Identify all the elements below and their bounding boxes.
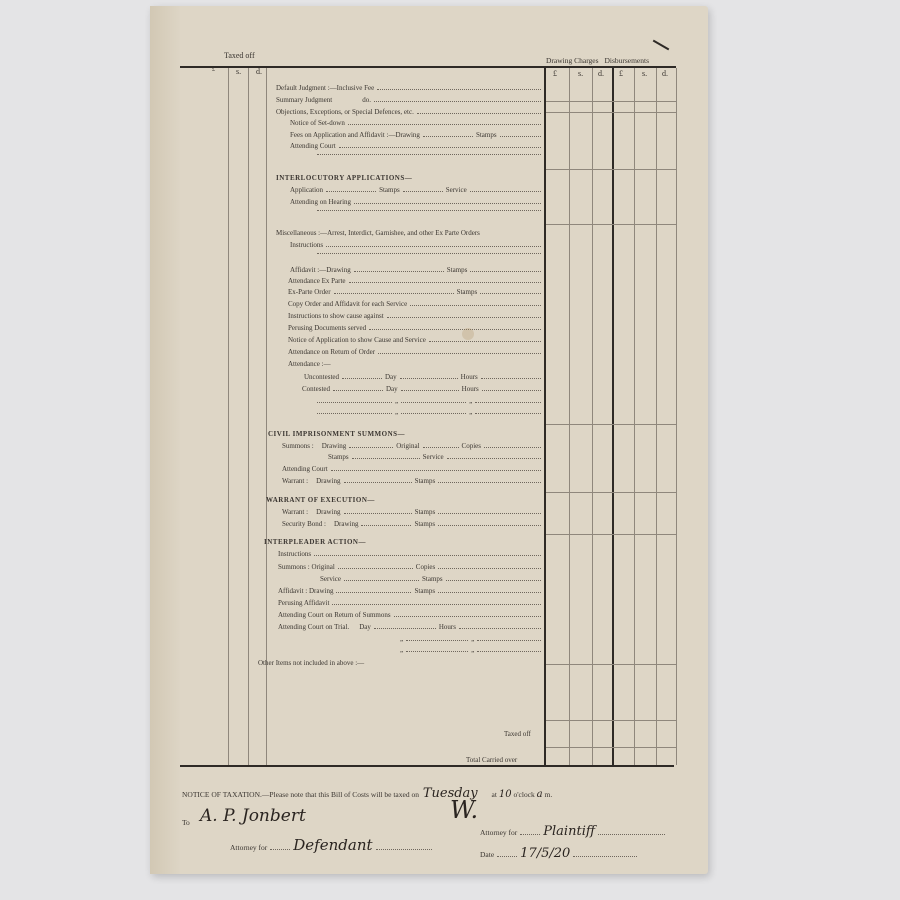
money-tick — [546, 492, 676, 493]
label-hours: Hours — [461, 373, 478, 381]
label-day: Day — [385, 373, 397, 381]
money-tick — [546, 169, 676, 170]
notice-text: NOTICE OF TAXATION.—Please note that thi… — [182, 790, 419, 799]
col-pound-drawing: £ — [553, 69, 557, 78]
header-rule — [180, 66, 676, 68]
item-instructions: Instructions — [290, 241, 323, 249]
ditto-mark: „ — [471, 635, 474, 643]
label-stamps: Stamps — [457, 288, 478, 296]
label-drawing: Drawing — [316, 477, 341, 485]
ditto-mark: „ — [469, 397, 472, 405]
col-pence-left: d. — [256, 67, 262, 76]
date-field: Date 17/5/20 — [480, 846, 640, 861]
col-divider — [592, 68, 593, 765]
col-shillings-drawing: s. — [578, 69, 583, 78]
label-day: Day — [359, 623, 371, 631]
item-default-judgment: Default Judgment :—Inclusive Fee — [276, 84, 374, 92]
ditto-mark: „ — [395, 408, 398, 416]
label-service: Service — [446, 186, 467, 194]
handwritten-am: a — [537, 789, 543, 800]
label-day: Day — [386, 385, 398, 393]
item-instructions-show-cause: Instructions to show cause against — [288, 312, 384, 320]
label-stamps: Stamps — [414, 587, 435, 595]
col-shillings-disb: s. — [642, 69, 647, 78]
item-perusing-affidavit: Perusing Affidavit — [278, 599, 329, 607]
col-divider — [656, 68, 657, 765]
label-stamps: Stamps — [476, 131, 497, 139]
total-carried-over-label: Total Carried over — [466, 756, 517, 764]
handwritten-to-name: A. P. Jonbert — [200, 806, 306, 826]
handwritten-hour: 10 — [499, 789, 512, 800]
section-warrant-execution: WARRANT OF EXECUTION— — [266, 496, 375, 504]
pen-mark — [653, 40, 670, 51]
money-tick — [546, 101, 676, 102]
label-copies: Copies — [462, 442, 481, 450]
item-instructions: Instructions — [278, 550, 311, 558]
ditto-do: do. — [362, 96, 371, 104]
item-application: Application — [290, 186, 323, 194]
item-attending-court: Attending Court — [290, 142, 336, 150]
attorney-for-left: Attorney for Defendant — [230, 836, 435, 854]
section-interpleader: INTERPLEADER ACTION— — [264, 538, 366, 546]
money-tick — [546, 720, 676, 721]
item-attendance-ex-parte: Attendance Ex Parte — [288, 277, 346, 285]
money-col-border — [544, 68, 546, 765]
label-drawing: Drawing — [334, 520, 359, 528]
item-ex-parte-order: Ex-Parte Order — [288, 288, 331, 296]
attorney-for-label: Attorney for — [230, 843, 267, 852]
label-stamps: Stamps — [379, 186, 400, 194]
ditto-mark: „ — [469, 408, 472, 416]
money-tick — [546, 424, 676, 425]
col-divider — [634, 68, 635, 765]
notice-of-taxation: NOTICE OF TAXATION.—Please note that thi… — [182, 786, 552, 801]
label-service: Service — [320, 575, 341, 583]
handwritten-plaintiff: Plaintiff — [543, 824, 595, 839]
label-hours: Hours — [462, 385, 479, 393]
ditto-mark: „ — [400, 635, 403, 643]
label-drawing: Drawing — [322, 442, 347, 450]
item-warrant: Warrant : — [282, 508, 308, 516]
col-divider — [676, 68, 677, 765]
item-attending-hearing: Attending on Hearing — [290, 198, 351, 206]
item-notice-application: Notice of Application to show Cause and … — [288, 336, 426, 344]
item-attendance-return: Attendance on Return of Order — [288, 348, 375, 356]
money-tick — [546, 534, 676, 535]
section-miscellaneous: Miscellaneous :—Arrest, Interdict, Garni… — [276, 229, 480, 237]
item-attendance: Attendance :— — [288, 360, 331, 368]
ditto-mark: „ — [400, 646, 403, 654]
attorney-for-right: Attorney for Plaintiff — [480, 824, 668, 839]
item-summons: Summons : — [282, 442, 314, 450]
stain — [462, 328, 474, 340]
attorney-for-label: Attorney for — [480, 828, 517, 837]
item-attending-return: Attending Court on Return of Summons — [278, 611, 391, 619]
to-label: To — [182, 818, 190, 827]
label-service: Service — [423, 453, 444, 461]
footer-rule — [180, 765, 674, 767]
col-divider — [228, 68, 229, 765]
m-label: m. — [545, 790, 553, 799]
item-warrant: Warrant : — [282, 477, 308, 485]
item-summary-judgment: Summary Judgment — [276, 96, 332, 104]
handwritten-defendant: Defendant — [293, 836, 372, 854]
item-summons-original: Summons : Original — [278, 563, 335, 571]
items-area: Default Judgment :—Inclusive Fee Summary… — [276, 84, 544, 764]
money-tick — [546, 664, 676, 665]
label-drawing: Drawing — [316, 508, 341, 516]
label-hours: Hours — [439, 623, 456, 631]
taxed-off-label: Taxed off — [504, 730, 531, 738]
oclock-label: o'clock — [513, 790, 534, 799]
col-divider — [248, 68, 249, 765]
taxed-off-header: Taxed off — [224, 51, 255, 60]
money-tick — [546, 112, 676, 113]
right-header: Drawing Charges Disbursements — [546, 56, 649, 65]
col-divider — [612, 68, 614, 765]
label-stamps: Stamps — [415, 508, 436, 516]
label-stamps: Stamps — [414, 520, 435, 528]
col-pence-disb: d. — [662, 69, 668, 78]
item-affidavit-drawing: Affidavit : Drawing — [278, 587, 333, 595]
col-divider — [569, 68, 570, 765]
disbursements-header: Disbursements — [604, 56, 649, 65]
item-uncontested: Uncontested — [304, 373, 339, 381]
col-shillings-left: s. — [236, 67, 241, 76]
col-pence-drawing: d. — [598, 69, 604, 78]
col-pound-disb: £ — [619, 69, 623, 78]
ditto-mark: „ — [471, 646, 474, 654]
ditto-mark: „ — [395, 397, 398, 405]
handwritten-signature: W. — [450, 796, 478, 824]
item-fees-application: Fees on Application and Affidavit :—Draw… — [290, 131, 420, 139]
handwritten-date: 17/5/20 — [520, 846, 570, 861]
bill-of-costs-document: Taxed off Drawing Charges Disbursements … — [150, 6, 708, 874]
item-security-bond: Security Bond : — [282, 520, 326, 528]
col-pound-left: £ — [212, 67, 215, 73]
label-original: Original — [396, 442, 419, 450]
at-label: at — [492, 790, 497, 799]
item-attending-court: Attending Court — [282, 465, 328, 473]
label-stamps: Stamps — [328, 453, 349, 461]
label-stamps: Stamps — [447, 266, 468, 274]
label-copies: Copies — [416, 563, 435, 571]
item-contested: Contested — [302, 385, 330, 393]
money-tick — [546, 747, 676, 748]
label-stamps: Stamps — [415, 477, 436, 485]
drawing-charges-header: Drawing Charges — [546, 56, 599, 65]
section-civil-imprisonment: CIVIL IMPRISONMENT SUMMONS— — [268, 430, 405, 438]
section-interlocutory: INTERLOCUTORY APPLICATIONS— — [276, 174, 412, 182]
date-label: Date — [480, 850, 494, 859]
item-copy-order: Copy Order and Affidavit for each Servic… — [288, 300, 407, 308]
item-attending-trial: Attending Court on Trial. — [278, 623, 349, 631]
label-stamps: Stamps — [422, 575, 443, 583]
item-objections: Objections, Exceptions, or Special Defen… — [276, 108, 414, 116]
money-tick — [546, 224, 676, 225]
item-notice-set-down: Notice of Set-down — [290, 119, 345, 127]
item-perusing-documents: Perusing Documents served — [288, 324, 366, 332]
other-items-label: Other Items not included in above :— — [258, 659, 364, 667]
item-affidavit-drawing: Affidavit :—Drawing — [290, 266, 351, 274]
